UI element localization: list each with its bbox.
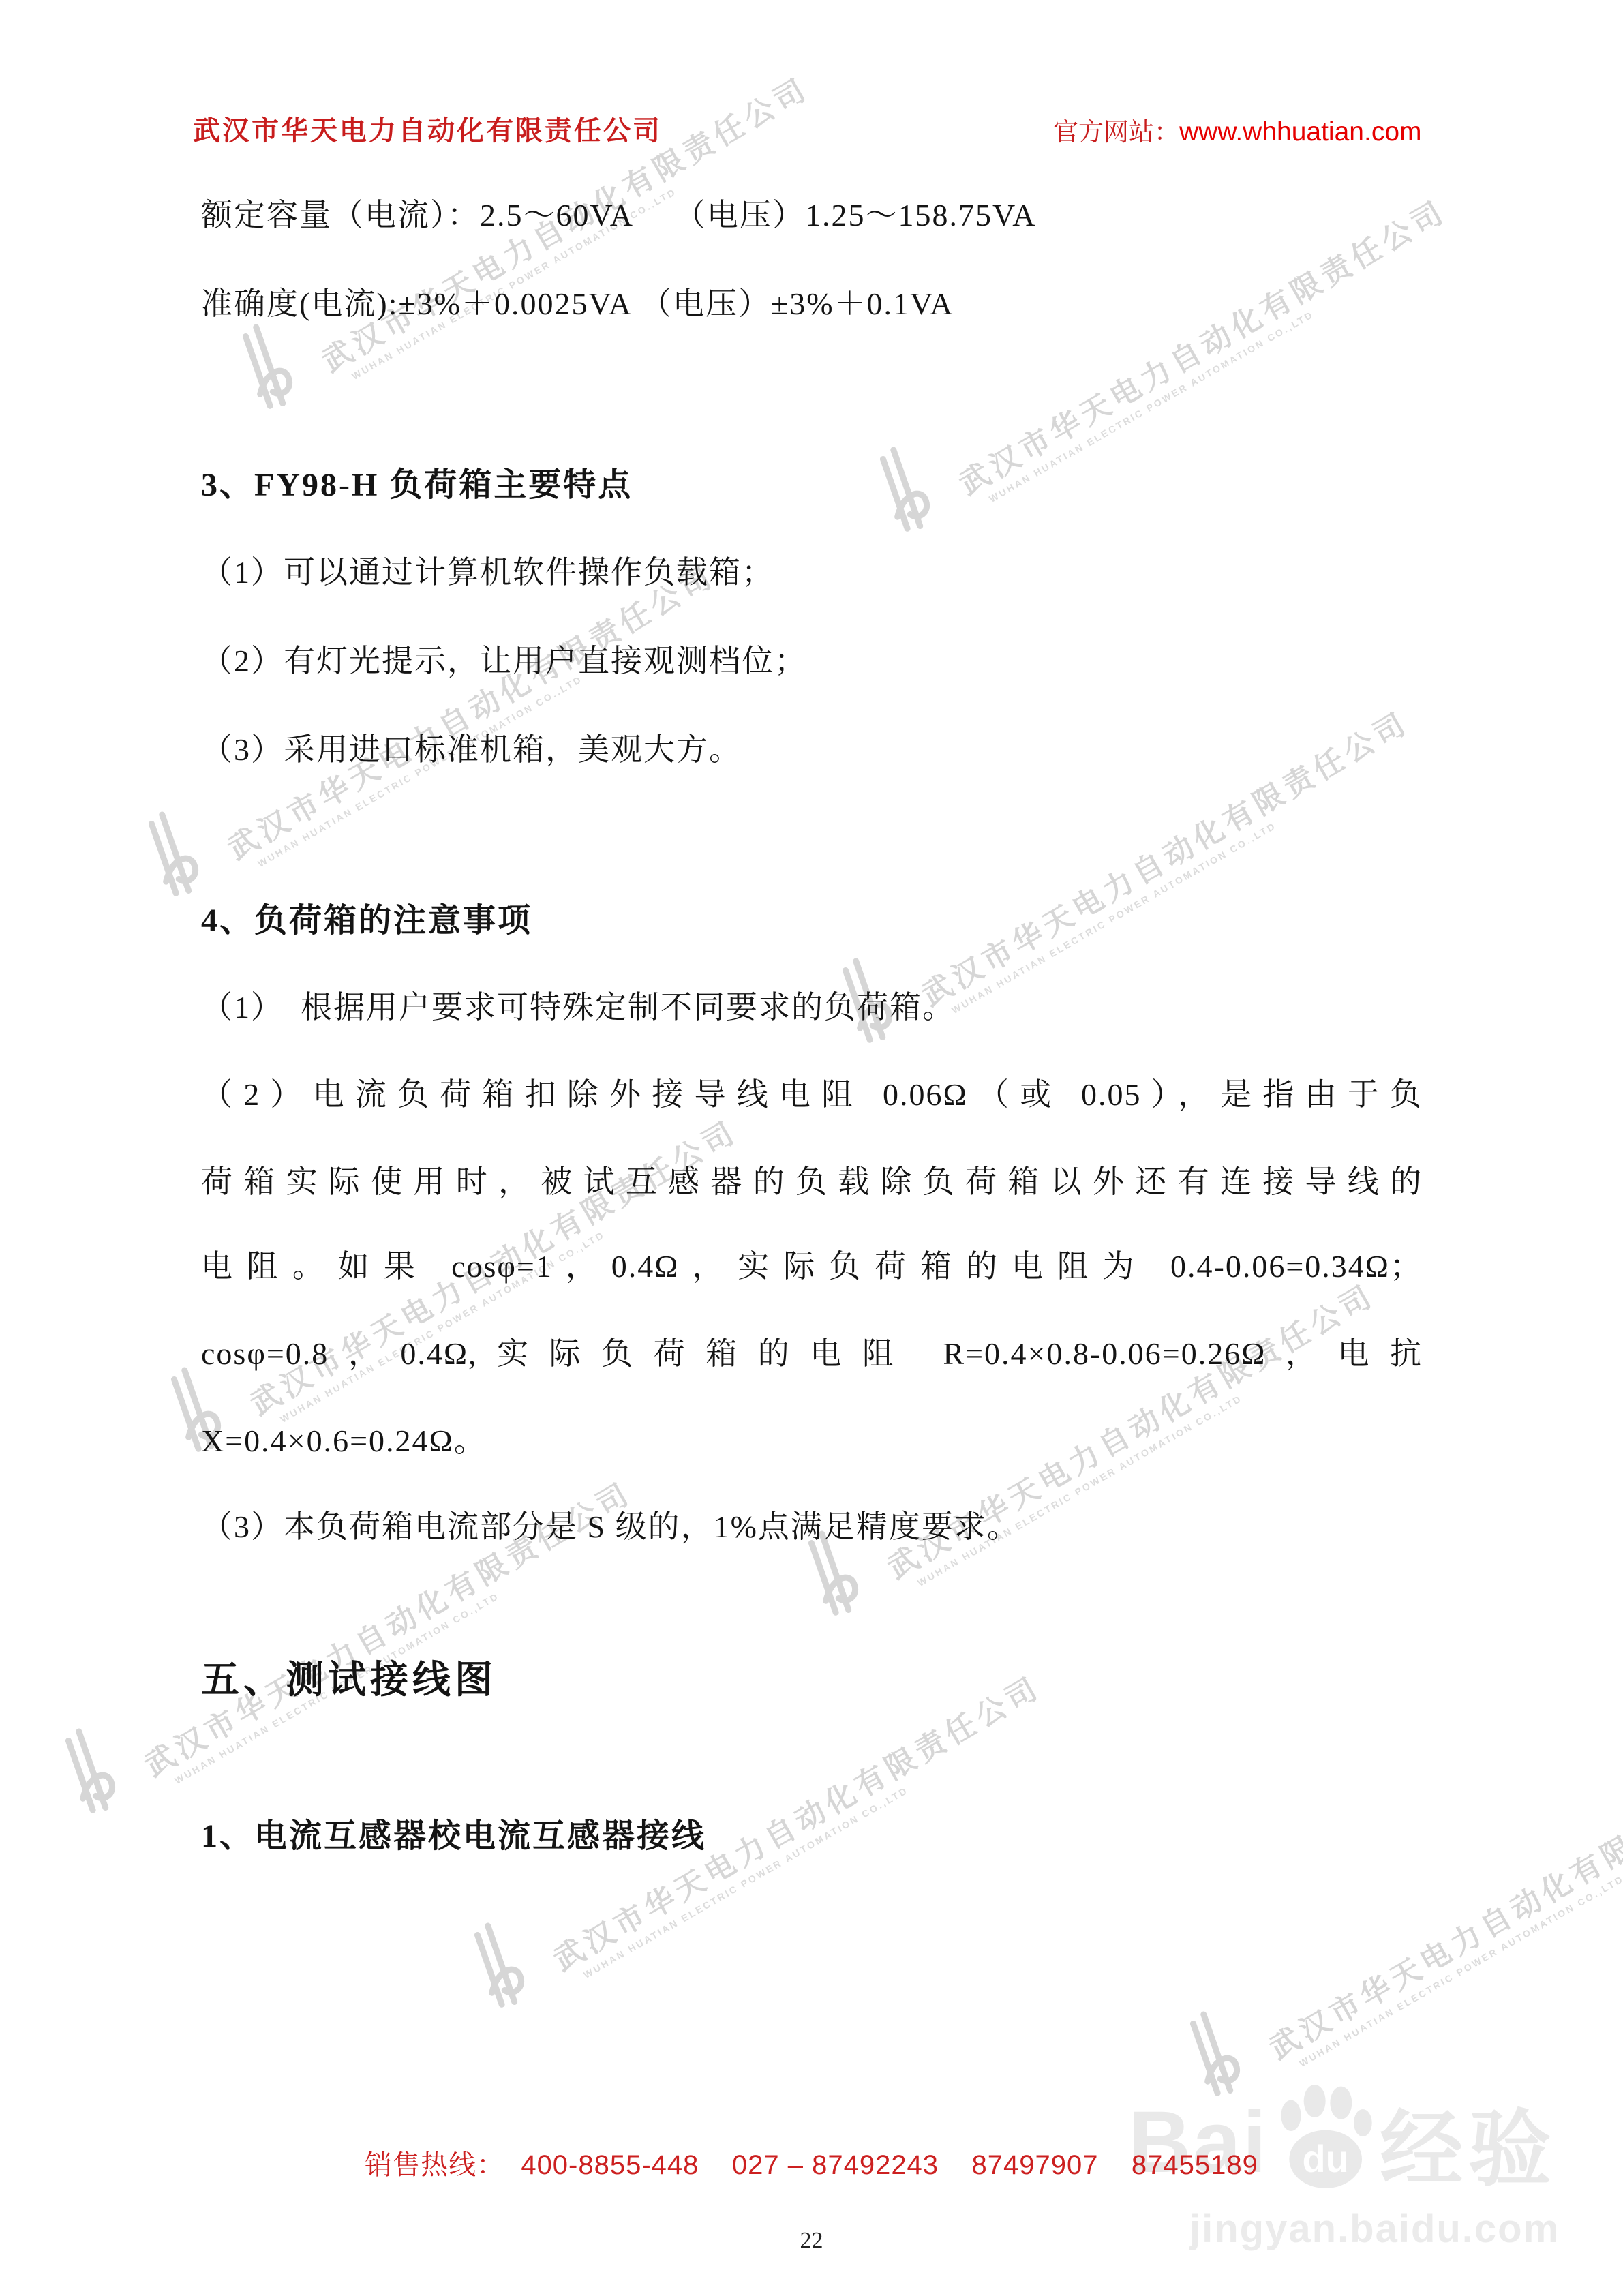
watermark-text-en: WUHAN HUATIAN ELECTRIC POWER AUTOMATION … xyxy=(987,226,1459,504)
header-company-name: 武汉市华天电力自动化有限责任公司 xyxy=(193,109,662,148)
note-item-2-line-1: （2）电流负荷箱扣除外接导线电阻 0.06Ω（或 0.05），是指由于负 xyxy=(201,1076,1423,1113)
note-item-2-line-2: 荷箱实际使用时，被试互感器的负载除负荷箱以外还有连接导线的 xyxy=(201,1163,1423,1200)
spec-line-rated-capacity: 额定容量（电流）：2.5～60VA （电压）1.25～158.75VA xyxy=(201,196,1423,234)
company-watermark: 武汉市华天电力自动化有限责任公司 WUHAN HUATIAN ELECTRIC … xyxy=(37,1417,644,1834)
baidu-jingyan-text: 经验 xyxy=(1380,2083,1557,2202)
feature-item-1: （1）可以通过计算机软件操作负载箱； xyxy=(201,554,1423,591)
huatian-logo-icon xyxy=(44,1714,150,1834)
company-watermark: 武汉市华天电力自动化有限责任公司 WUHAN HUATIAN ELECTRIC … xyxy=(1162,1700,1623,2117)
note-item-2-line-4: cosφ=0.8，0.4Ω,实际负荷箱的电阻 R=0.4×0.8-0.06=0.… xyxy=(201,1335,1423,1372)
section4-heading: 4、负荷箱的注意事项 xyxy=(201,901,1423,941)
watermark-text-en: WUHAN HUATIAN ELECTRIC POWER AUTOMATION … xyxy=(950,737,1421,1016)
watermark-text-en: WUHAN HUATIAN ELECTRIC POWER AUTOMATION … xyxy=(172,1507,644,1786)
section3-heading: 3、FY98-H 负荷箱主要特点 xyxy=(201,466,1423,505)
huatian-logo-icon xyxy=(127,797,233,917)
spec-line-accuracy: 准确度(电流):±3%＋0.0025VA （电压）±3%＋0.1VA xyxy=(201,285,1423,322)
header-website-label: 官方网站： xyxy=(1053,119,1179,147)
note-item-1: （1） 根据用户要求可特殊定制不同要求的负荷箱。 xyxy=(201,988,1423,1026)
watermark-text-zh: 武汉市华天电力自动化有限责任公司 xyxy=(223,560,721,866)
huatian-logo-icon xyxy=(453,1908,559,2028)
section5-heading: 五、测试接线图 xyxy=(201,1658,1423,1704)
watermark-text-zh: 武汉市华天电力自动化有限责任公司 xyxy=(1264,1759,1623,2066)
huatian-logo-icon xyxy=(222,309,327,429)
document-page: 武汉市华天电力自动化有限责任公司 WUHAN HUATIAN ELECTRIC … xyxy=(0,0,1623,2296)
header-website: 官方网站：www.whhuatian.com xyxy=(1053,111,1422,148)
watermark-text-en: WUHAN HUATIAN ELECTRIC POWER AUTOMATION … xyxy=(256,590,727,869)
huatian-logo-icon xyxy=(1169,1997,1275,2117)
feature-item-2: （2）有灯光提示，让用户直接观测档位； xyxy=(201,642,1423,680)
watermark-text-zh: 武汉市华天电力自动化有限责任公司 xyxy=(954,195,1453,502)
note-item-3: （3）本负荷箱电流部分是 S 级的，1%点满足精度要求。 xyxy=(201,1508,1423,1545)
feature-item-3: （3）采用进口标准机箱，美观大方。 xyxy=(201,731,1423,768)
note-item-2-line-5: X=0.4×0.6=0.24Ω。 xyxy=(201,1422,1423,1460)
footer-hotline: 销售热线： 400-8855-448 027 – 87492243 874979… xyxy=(0,2143,1623,2182)
subsection1-heading: 1、电流互感器校电流互感器接线 xyxy=(201,1817,1423,1856)
header-website-url: www.whhuatian.com xyxy=(1179,117,1422,147)
note-item-2-line-3: 电阻。如果 cosφ=1，0.4Ω，实际负荷箱的电阻为 0.4-0.06=0.3… xyxy=(201,1248,1423,1285)
page-number: 22 xyxy=(0,2228,1623,2254)
